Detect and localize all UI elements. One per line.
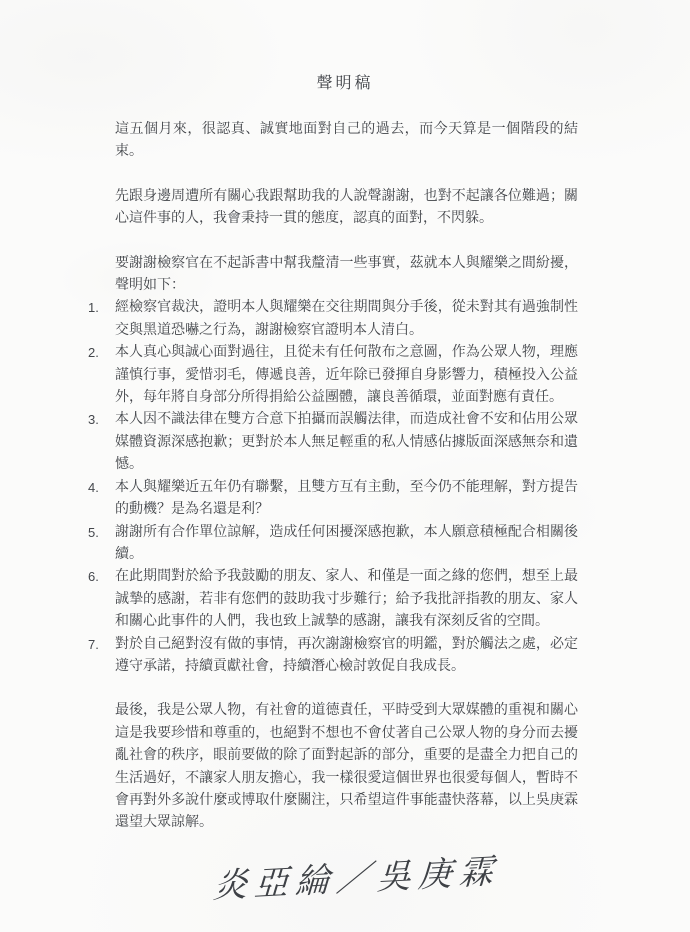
list-item-3: 3. 本人因不識法律在雙方合意下拍攝而誤觸法律，而造成社會不安和佔用公眾媒體資源… [115, 409, 578, 476]
list-item-text: 在此期間對於給予我鼓勵的朋友、家人、和僅是一面之緣的您們，想至上最誠摯的感謝，若… [115, 566, 578, 633]
list-item-text: 對於自己絕對沒有做的事情，再次謝謝檢察官的明鑑，對於觸法之處，必定遵守承諾，持續… [115, 634, 578, 679]
intro-paragraph-1: 這五個月來，很認真、誠實地面對自己的過去，而今天算是一個階段的結束。 [115, 119, 578, 164]
list-item-number: 2. [88, 342, 115, 364]
list-item-number: 3. [88, 409, 115, 431]
list-item-5: 5. 謝謝所有合作單位諒解，造成任何困擾深感抱歉，本人願意積極配合相關後續。 [115, 522, 578, 567]
closing-paragraph: 最後，我是公眾人物，有社會的道德責任，平時受到大眾媒體的重視和關心這是我要珍惜和… [115, 700, 578, 834]
list-item-number: 5. [88, 522, 115, 544]
list-item-text: 經檢察官裁決，證明本人與耀樂在交往期間與分手後，從未對其有過強制性交與黑道恐嚇之… [115, 297, 578, 342]
statement-body: 這五個月來，很認真、誠實地面對自己的過去，而今天算是一個階段的結束。 先跟身邊周… [0, 119, 690, 898]
statement-list: 1. 經檢察官裁決，證明本人與耀樂在交往期間與分手後，從未對其有過強制性交與黑道… [115, 297, 578, 678]
list-item-1: 1. 經檢察官裁決，證明本人與耀樂在交往期間與分手後，從未對其有過強制性交與黑道… [115, 297, 578, 342]
list-item-text: 本人與耀樂近五年仍有聯繫，且雙方互有主動，至今仍不能理解，對方提告的動機？是為名… [115, 477, 578, 522]
list-item-number: 6. [88, 566, 115, 588]
list-item-number: 7. [88, 634, 115, 656]
list-item-2: 2. 本人真心與誠心面對過往，且從未有任何散布之意圖，作為公眾人物，理應謹慎行事… [115, 342, 578, 409]
statement-page: 聲明稿 這五個月來，很認真、誠實地面對自己的過去，而今天算是一個階段的結束。 先… [0, 0, 690, 932]
intro-paragraph-3: 要謝謝檢察官在不起訴書中幫我釐清一些事實，茲就本人與耀樂之間紛擾，聲明如下： [115, 253, 578, 298]
intro-paragraph-2: 先跟身邊周遭所有關心我跟幫助我的人說聲謝謝，也對不起讓各位難過；關心這件事的人，… [115, 186, 578, 231]
list-item-text: 謝謝所有合作單位諒解，造成任何困擾深感抱歉，本人願意積極配合相關後續。 [115, 522, 578, 567]
signature-area: 炎亞綸／吳庚霖 [115, 869, 578, 898]
list-item-text: 本人因不識法律在雙方合意下拍攝而誤觸法律，而造成社會不安和佔用公眾媒體資源深感抱… [115, 409, 578, 476]
list-item-7: 7. 對於自己絕對沒有做的事情，再次謝謝檢察官的明鑑，對於觸法之處，必定遵守承諾… [115, 634, 578, 679]
list-item-number: 4. [88, 477, 115, 499]
list-item-4: 4. 本人與耀樂近五年仍有聯繫，且雙方互有主動，至今仍不能理解，對方提告的動機？… [115, 477, 578, 522]
list-item-text: 本人真心與誠心面對過往，且從未有任何散布之意圖，作為公眾人物，理應謹慎行事，愛惜… [115, 342, 578, 409]
page-title: 聲明稿 [0, 0, 690, 93]
handwritten-signature: 炎亞綸／吳庚霖 [213, 861, 501, 899]
list-item-6: 6. 在此期間對於給予我鼓勵的朋友、家人、和僅是一面之緣的您們，想至上最誠摯的感… [115, 566, 578, 633]
list-item-number: 1. [88, 297, 115, 319]
